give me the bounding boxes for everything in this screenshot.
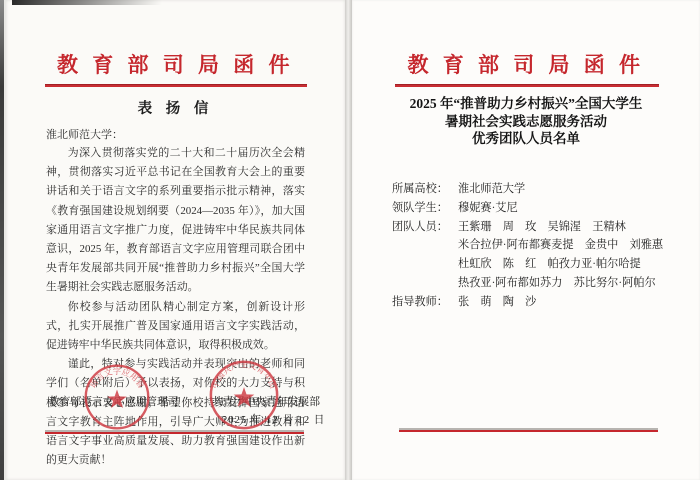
roster-title-line: 优秀团队人员名单 — [352, 130, 700, 148]
field-value: 米合拉伊·阿布都赛麦提 金贵中 刘雅惠 — [458, 236, 663, 255]
field-label: 指导教师： — [392, 293, 458, 312]
scan-left-edge-shadow — [0, 0, 4, 480]
page-footer-rule — [399, 430, 658, 432]
field-team-members-cont: 米合拉伊·阿布都赛麦提 金贵中 刘雅惠 — [392, 236, 663, 255]
roster-title-line: 暑期社会实践志愿服务活动 — [352, 113, 700, 131]
field-team-members-cont: 热孜亚·阿布都如苏力 苏比努尔·阿帕尔 — [392, 274, 663, 293]
seal-arc-text: 中国共产主义青年团 — [209, 360, 277, 390]
letterhead-title: 教 育 部 司 局 函 件 — [6, 49, 345, 79]
field-label: 领队学生： — [392, 199, 458, 218]
field-value: 穆妮赛·艾尼 — [458, 199, 518, 218]
roster-title: 2025 年“推普助力乡村振兴”全国大学生 暑期社会实践志愿服务活动 优秀团队人… — [352, 95, 700, 148]
roster-title-line: 2025 年“推普助力乡村振兴”全国大学生 — [352, 95, 700, 113]
field-value: 杜虹欣 陈 红 帕孜力亚·帕尔哈提 — [458, 255, 641, 274]
field-label: 团队人员： — [392, 218, 458, 237]
field-value: 王紫珊 周 玫 吴锦湦 王精林 — [458, 218, 626, 237]
page-commendation-letter: 教 育 部 司 局 函 件 表 扬 信 淮北师范大学： 为深入贯彻落实党的二十大… — [6, 0, 345, 480]
field-label — [392, 255, 458, 274]
letter-salutation: 淮北师范大学： — [46, 126, 123, 142]
field-advisors: 指导教师： 张 萌 陶 沙 — [392, 293, 663, 312]
field-label — [392, 236, 458, 255]
letterhead-rule — [45, 84, 307, 87]
field-label — [392, 274, 458, 293]
letter-title: 表 扬 信 — [6, 97, 345, 118]
scanned-document-background: { "colors": { "letterhead_red": "#c5272d… — [0, 0, 700, 480]
page-footer-rule — [45, 432, 304, 434]
letterhead-rule — [395, 84, 659, 87]
seal-language-department-icon: 语言文字应用管 — [83, 363, 151, 431]
letter-paragraph: 为深入贯彻落实党的二十大和二十届历次全会精神，贯彻落实习近平总书记在全国教育大会… — [46, 144, 305, 298]
field-value: 淮北师范大学 — [458, 180, 525, 199]
scan-artifact — [12, 0, 162, 5]
field-team-leader: 领队学生： 穆妮赛·艾尼 — [392, 199, 663, 218]
field-team-members-cont: 杜虹欣 陈 红 帕孜力亚·帕尔哈提 — [392, 255, 663, 274]
seal-communist-youth-league-icon: 中国共产主义青年团 — [208, 359, 280, 431]
seal-arc-text: 语言文字应用管 — [88, 366, 146, 390]
field-label: 所属高校： — [392, 180, 458, 199]
page-separator — [345, 0, 352, 480]
svg-text:语言文字应用管: 语言文字应用管 — [88, 366, 146, 390]
page-team-roster: 教 育 部 司 局 函 件 2025 年“推普助力乡村振兴”全国大学生 暑期社会… — [352, 0, 700, 480]
field-team-members: 团队人员： 王紫珊 周 玫 吴锦湦 王精林 — [392, 218, 663, 237]
field-value: 热孜亚·阿布都如苏力 苏比努尔·阿帕尔 — [458, 274, 656, 293]
svg-text:中国共产主义青年团: 中国共产主义青年团 — [209, 360, 277, 390]
field-university: 所属高校： 淮北师范大学 — [392, 180, 663, 199]
roster-fields: 所属高校： 淮北师范大学 领队学生： 穆妮赛·艾尼 团队人员： 王紫珊 周 玫 … — [392, 180, 663, 312]
field-value: 张 萌 陶 沙 — [458, 293, 536, 312]
letterhead-title: 教 育 部 司 局 函 件 — [352, 49, 700, 79]
letter-paragraph: 你校参与活动团队精心制定方案，创新设计形式，扎实开展推广普及国家通用语言文字实践… — [46, 298, 305, 356]
